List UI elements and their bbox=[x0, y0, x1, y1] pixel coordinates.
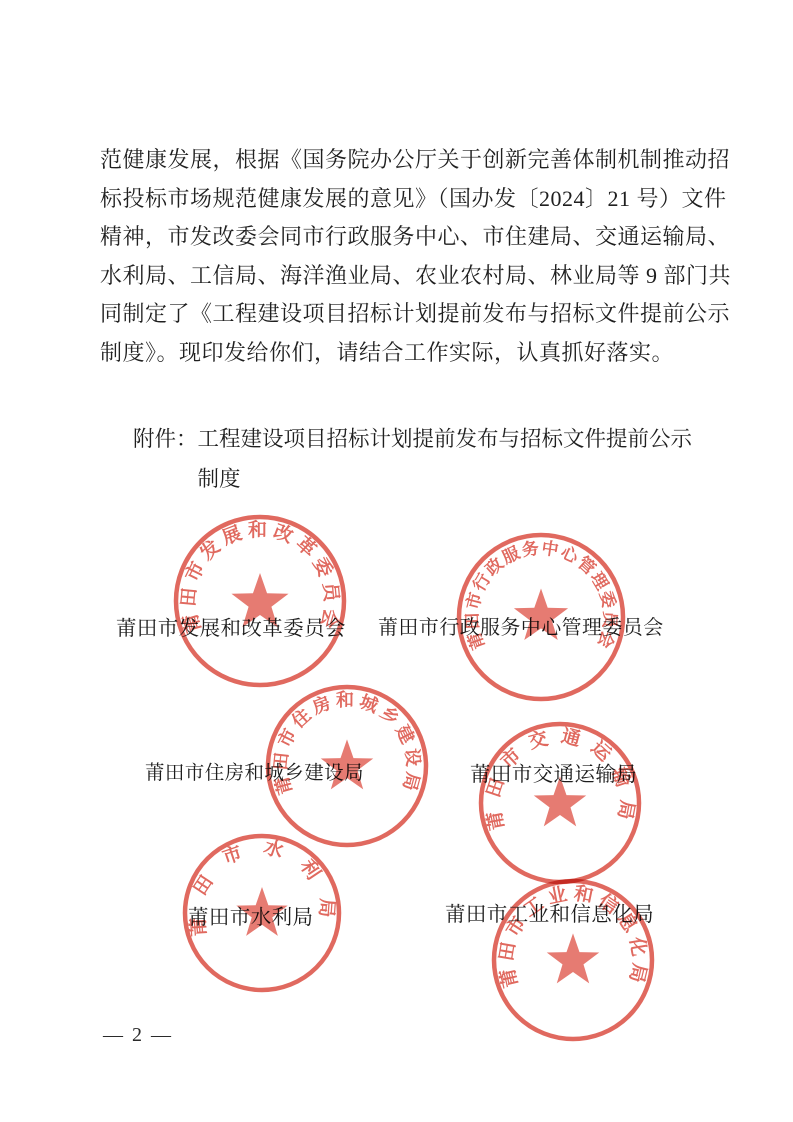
body-text: 范健康发展，根据《国务院办公厅关于创新完善体制机制推动招 标投标市场规范健康发展… bbox=[100, 141, 693, 372]
official-seal-shuili: 莆田市水利局 bbox=[179, 830, 345, 996]
attachment-block: 附件：工程建设项目招标计划提前发布与招标文件提前公示 制度 bbox=[133, 419, 733, 499]
star-icon bbox=[514, 589, 568, 641]
star-icon bbox=[236, 887, 287, 936]
star-icon bbox=[231, 573, 288, 627]
official-seal-zhujian: 莆田市住房和城乡建设局 bbox=[262, 681, 432, 851]
page-number: — 2 — bbox=[103, 1024, 173, 1047]
attachment-label: 附件： bbox=[133, 427, 198, 451]
star-icon bbox=[534, 776, 586, 826]
star-icon bbox=[547, 933, 599, 983]
attachment-title-line2: 制度 bbox=[198, 459, 734, 499]
official-seal-jiaotong: 莆田市交通运输局 bbox=[475, 718, 645, 888]
body-text-line: 同制定了《工程建设项目招标计划提前发布与招标文件提前公示 bbox=[100, 295, 693, 334]
document-page: 范健康发展，根据《国务院办公厅关于创新完善体制机制推动招 标投标市场规范健康发展… bbox=[0, 0, 793, 1122]
body-text-line: 精神，市发改委会同市行政服务中心、市住建局、交通运输局、 bbox=[100, 218, 693, 257]
body-text-line: 标投标市场规范健康发展的意见》（国办发〔2024〕21 号）文件 bbox=[100, 180, 693, 219]
body-text-line: 水利局、工信局、海洋渔业局、农业农村局、林业局等 9 部门共 bbox=[100, 257, 693, 296]
attachment-title-line1: 工程建设项目招标计划提前发布与招标文件提前公示 bbox=[198, 427, 693, 451]
official-seal-fagaiwei: 莆田市发展和改革委员会 bbox=[170, 511, 350, 691]
body-text-line: 制度》。现印发给你们，请结合工作实际，认真抓好落实。 bbox=[100, 334, 693, 373]
body-text-line: 范健康发展，根据《国务院办公厅关于创新完善体制机制推动招 bbox=[100, 141, 693, 180]
official-seal-xingzheng: 莆田市行政服务中心管理委员会 bbox=[453, 529, 629, 705]
official-seal-gongxin: 莆田市工业和信息化局 bbox=[488, 875, 658, 1045]
star-icon bbox=[321, 739, 373, 789]
